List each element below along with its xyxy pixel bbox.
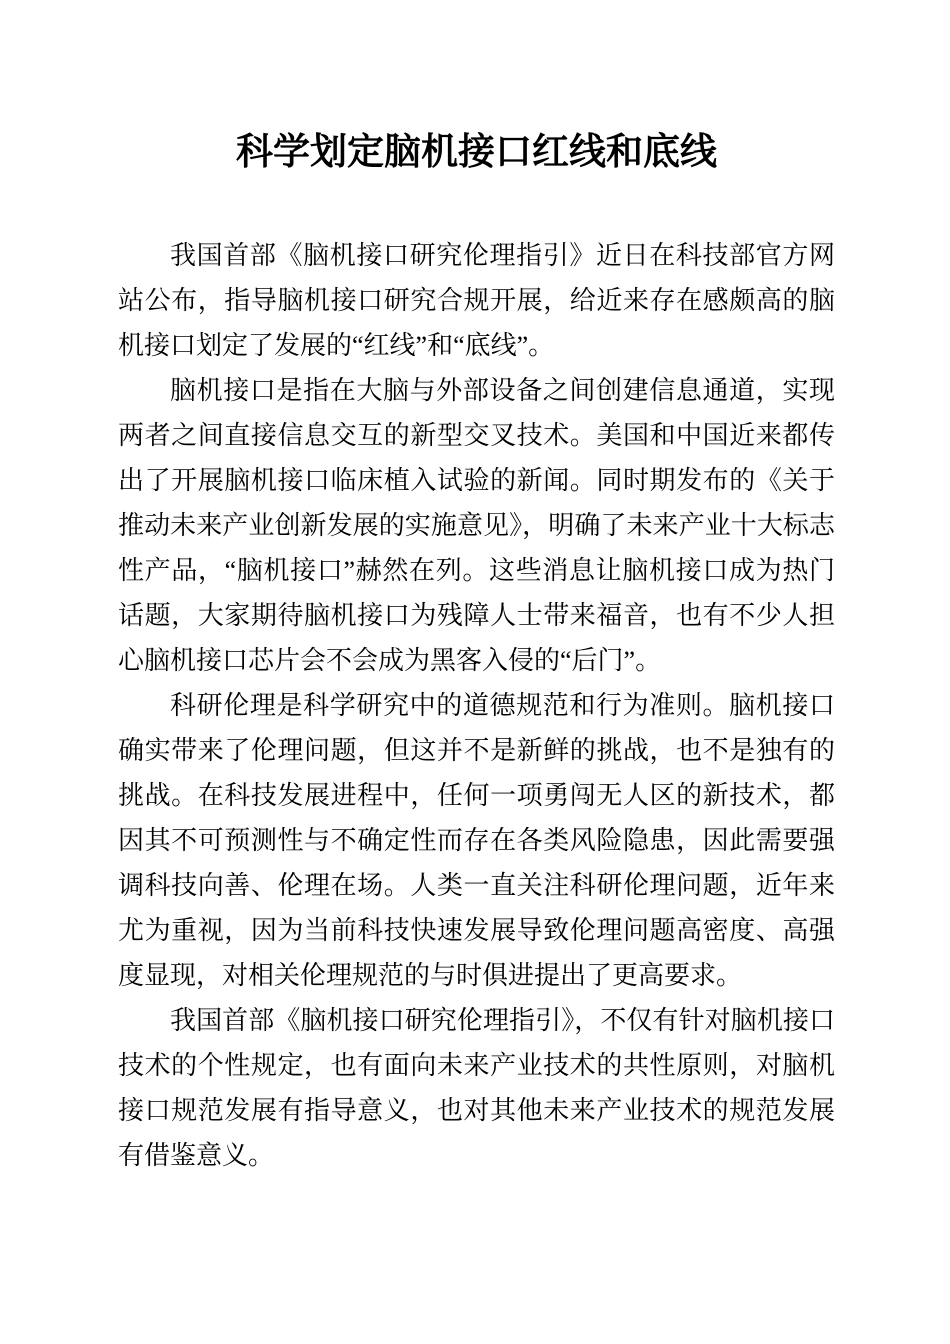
document-title: 科学划定脑机接口红线和底线: [118, 130, 835, 176]
paragraph-4: 我国首部《脑机接口研究伦理指引》，不仅有针对脑机接口技术的个性规定，也有面向未来…: [118, 998, 835, 1178]
document-body: 我国首部《脑机接口研究伦理指引》近日在科技部官方网站公布，指导脑机接口研究合规开…: [118, 233, 835, 1178]
paragraph-3: 科研伦理是科学研究中的道德规范和行为准则。脑机接口确实带来了伦理问题，但这并不是…: [118, 683, 835, 998]
document-page: 科学划定脑机接口红线和底线 我国首部《脑机接口研究伦理指引》近日在科技部官方网站…: [0, 0, 950, 1344]
paragraph-1: 我国首部《脑机接口研究伦理指引》近日在科技部官方网站公布，指导脑机接口研究合规开…: [118, 233, 835, 368]
paragraph-2: 脑机接口是指在大脑与外部设备之间创建信息通道，实现两者之间直接信息交互的新型交叉…: [118, 368, 835, 683]
